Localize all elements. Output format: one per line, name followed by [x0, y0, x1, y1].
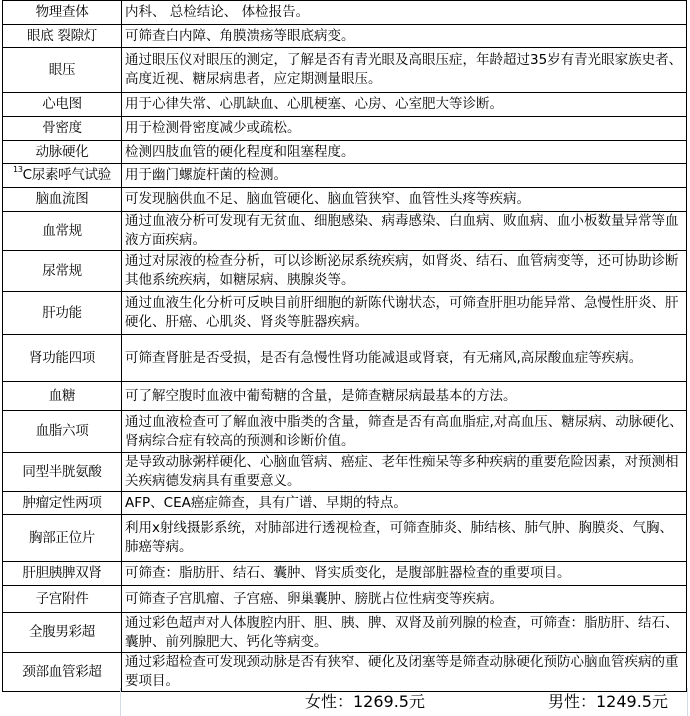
exam-item-description[interactable]: 可了解空腹时血液中葡萄糖的含量，是筛查糖尿病最基本的方法。 [122, 382, 687, 411]
exam-item-description[interactable]: 可筛查肾脏是否受损，是否有急慢性肾功能减退或肾衰，有无痛风,高尿酸血症等疾病。 [122, 335, 687, 382]
exam-item-name[interactable]: 子宫附件 [3, 586, 122, 613]
exam-item-name[interactable]: 血常规 [3, 212, 122, 251]
table-row: 尿常规 通过对尿液的检查分析，可以诊断泌尿系统疾病，如肾炎、结石、血管病变等，还… [3, 251, 687, 292]
table-row: 肝胆胰脾双肾 可筛查：脂肪肝、结石、囊肿、肾实质变化，是腹部脏器检查的重要项目。 [3, 562, 687, 586]
table-row: 胸部正位片 利用x射线摄影系统，对肺部进行透视检查，可筛查肺炎、肺结核、肺气肿、… [3, 515, 687, 562]
exam-table-body: 物理查体 内科、 总检结论、 体检报告。 眼底 裂隙灯 可筛查白内障、角膜溃疡等… [3, 1, 687, 692]
exam-item-description[interactable]: 是导致动脉粥样硬化、心脑血管病、癌症、老年性痴呆等多种疾病的重要危险因素，对预测… [122, 453, 687, 492]
table-row: 子宫附件 可筛查子宫肌瘤、子宫癌、卵巢囊肿、膀胱占位性病变等疾病。 [3, 586, 687, 613]
exam-item-name[interactable]: 13C尿素呼气试验 [3, 164, 122, 188]
table-row: 动脉硬化 检测四肢血管的硬化程度和阻塞程度。 [3, 141, 687, 164]
exam-item-description[interactable]: 利用x射线摄影系统，对肺部进行透视检查，可筛查肺炎、肺结核、肺气肿、胸膜炎、气胸… [122, 515, 687, 562]
exam-item-description[interactable]: 检测四肢血管的硬化程度和阻塞程度。 [122, 141, 687, 164]
table-row: 眼压 通过眼压仪对眼压的测定，了解是否有青光眼及高眼压症，年龄超过35岁有青光眼… [3, 48, 687, 93]
grid-line [687, 688, 688, 716]
exam-item-description[interactable]: 通过血液检查可了解血液中脂类的含量，筛查是否有高血脂症,对高血压、糖尿病、动脉硬… [122, 411, 687, 453]
exam-item-description[interactable]: 用于幽门螺旋杆菌的检测。 [122, 164, 687, 188]
exam-item-name[interactable]: 血脂六项 [3, 411, 122, 453]
table-row: 同型半胱氨酸 是导致动脉粥样硬化、心脑血管病、癌症、老年性痴呆等多种疾病的重要危… [3, 453, 687, 492]
price-footer-row: 女性：1269.5元 男性：1249.5元 [0, 688, 690, 716]
exam-item-name[interactable]: 动脉硬化 [3, 141, 122, 164]
exam-item-description[interactable]: 可筛查子宫肌瘤、子宫癌、卵巢囊肿、膀胱占位性病变等疾病。 [122, 586, 687, 613]
table-row: 全腹男彩超 通过彩色超声对人体腹腔内肝、胆、胰、脾、双肾及前列腺的检查，可筛查：… [3, 613, 687, 653]
exam-item-description[interactable]: 通过对尿液的检查分析，可以诊断泌尿系统疾病，如肾炎、结石、血管病变等，还可协助诊… [122, 251, 687, 292]
table-row: 眼底 裂隙灯 可筛查白内障、角膜溃疡等眼底病变。 [3, 25, 687, 48]
exam-item-label: C尿素呼气试验 [23, 167, 111, 183]
table-row: 肾功能四项 可筛查肾脏是否受损，是否有急慢性肾功能减退或肾衰，有无痛风,高尿酸血… [3, 335, 687, 382]
table-row: 血脂六项 通过血液检查可了解血液中脂类的含量，筛查是否有高血脂症,对高血压、糖尿… [3, 411, 687, 453]
exam-item-description[interactable]: 用于检测骨密度减少或疏松。 [122, 117, 687, 141]
exam-item-name[interactable]: 胸部正位片 [3, 515, 122, 562]
exam-item-name[interactable]: 肝胆胰脾双肾 [3, 562, 122, 586]
exam-item-name[interactable]: 尿常规 [3, 251, 122, 292]
exam-item-description[interactable]: 内科、 总检结论、 体检报告。 [122, 1, 687, 25]
exam-item-name[interactable]: 同型半胱氨酸 [3, 453, 122, 492]
exam-item-description[interactable]: AFP、CEA癌症筛查，具有广谱、早期的特点。 [122, 492, 687, 515]
table-row: 肝功能 通过血液生化分析可反映目前肝细胞的新陈代谢状态，可筛查肝胆功能异常、急慢… [3, 292, 687, 335]
exam-item-name[interactable]: 物理查体 [3, 1, 122, 25]
exam-item-name[interactable]: 肝功能 [3, 292, 122, 335]
female-price: 女性：1269.5元 [305, 692, 425, 712]
exam-item-description[interactable]: 通过彩超检查可发现颈动脉是否有狭窄、硬化及闭塞等是筛查动脉硬化预防心脑血管疾病的… [122, 653, 687, 692]
table-row: 骨密度 用于检测骨密度减少或疏松。 [3, 117, 687, 141]
exam-item-description[interactable]: 通过血液分析可发现有无贫血、细胞感染、病毒感染、白血病、败血病、血小板数量异常等… [122, 212, 687, 251]
table-row: 血糖 可了解空腹时血液中葡萄糖的含量，是筛查糖尿病最基本的方法。 [3, 382, 687, 411]
exam-item-description[interactable]: 用于心律失常、心肌缺血、心肌梗塞、心房、心室肥大等诊断。 [122, 93, 687, 117]
exam-item-name[interactable]: 全腹男彩超 [3, 613, 122, 653]
exam-item-name[interactable]: 血糖 [3, 382, 122, 411]
exam-item-description[interactable]: 可筛查白内障、角膜溃疡等眼底病变。 [122, 25, 687, 48]
exam-item-name[interactable]: 肾功能四项 [3, 335, 122, 382]
exam-item-name[interactable]: 脑血流图 [3, 188, 122, 212]
table-row: 脑血流图 可发现脑供血不足、脑血管硬化、脑血管狭窄、血管性头疼等疾病。 [3, 188, 687, 212]
table-row: 物理查体 内科、 总检结论、 体检报告。 [3, 1, 687, 25]
exam-item-description[interactable]: 可筛查：脂肪肝、结石、囊肿、肾实质变化，是腹部脏器检查的重要项目。 [122, 562, 687, 586]
exam-item-description[interactable]: 通过彩色超声对人体腹腔内肝、胆、胰、脾、双肾及前列腺的检查，可筛查：脂肪肝、结石… [122, 613, 687, 653]
exam-item-name[interactable]: 颈部血管彩超 [3, 653, 122, 692]
exam-item-description[interactable]: 可发现脑供血不足、脑血管硬化、脑血管狭窄、血管性头疼等疾病。 [122, 188, 687, 212]
exam-item-description[interactable]: 通过血液生化分析可反映目前肝细胞的新陈代谢状态，可筛查肝胆功能异常、急慢性肝炎、… [122, 292, 687, 335]
table-row: 血常规 通过血液分析可发现有无贫血、细胞感染、病毒感染、白血病、败血病、血小板数… [3, 212, 687, 251]
table-row: 颈部血管彩超 通过彩超检查可发现颈动脉是否有狭窄、硬化及闭塞等是筛查动脉硬化预防… [3, 653, 687, 692]
exam-items-table: 物理查体 内科、 总检结论、 体检报告。 眼底 裂隙灯 可筛查白内障、角膜溃疡等… [2, 0, 687, 692]
table-row: 13C尿素呼气试验 用于幽门螺旋杆菌的检测。 [3, 164, 687, 188]
exam-item-name[interactable]: 心电图 [3, 93, 122, 117]
male-price: 男性：1249.5元 [548, 692, 668, 712]
table-row: 肿瘤定性两项 AFP、CEA癌症筛查，具有广谱、早期的特点。 [3, 492, 687, 515]
exam-item-name[interactable]: 眼压 [3, 48, 122, 93]
exam-item-description[interactable]: 通过眼压仪对眼压的测定，了解是否有青光眼及高眼压症，年龄超过35岁有青光眼家族史… [122, 48, 687, 93]
exam-item-name[interactable]: 骨密度 [3, 117, 122, 141]
spreadsheet-view: 物理查体 内科、 总检结论、 体检报告。 眼底 裂隙灯 可筛查白内障、角膜溃疡等… [0, 0, 690, 716]
table-row: 心电图 用于心律失常、心肌缺血、心肌梗塞、心房、心室肥大等诊断。 [3, 93, 687, 117]
exam-item-name[interactable]: 眼底 裂隙灯 [3, 25, 122, 48]
exam-item-name[interactable]: 肿瘤定性两项 [3, 492, 122, 515]
isotope-superscript: 13 [13, 165, 23, 174]
grid-line [120, 688, 121, 716]
